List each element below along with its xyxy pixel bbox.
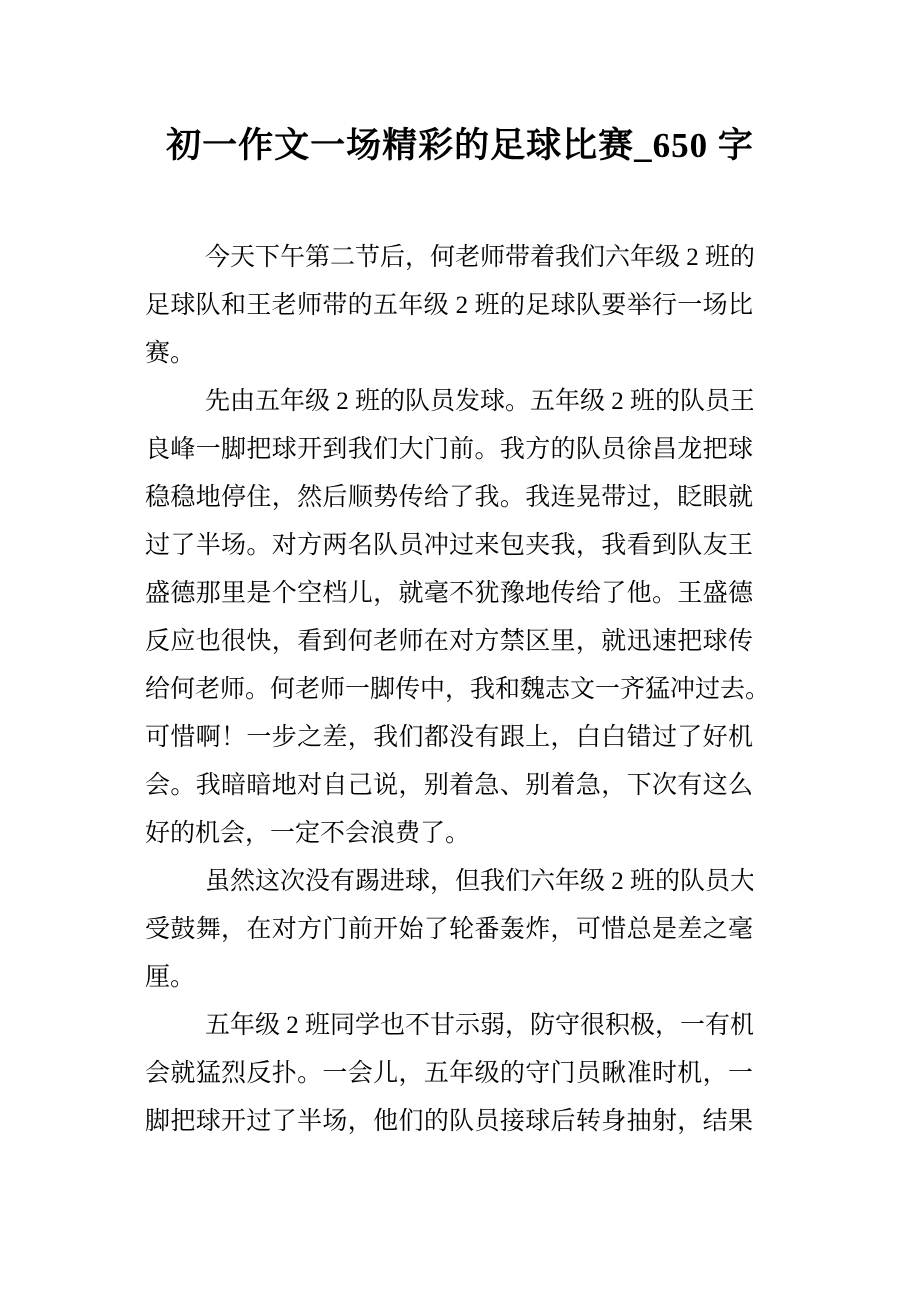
text-line: 受鼓舞，在对方门前开始了轮番轰炸，可惜总是差之毫: [145, 906, 753, 954]
text-line: 会。我暗暗地对自己说，别着急、别着急，下次有这么: [145, 762, 753, 810]
text-line: 厘。: [145, 954, 753, 1002]
text-line: 反应也很快，看到何老师在对方禁区里，就迅速把球传: [145, 618, 753, 666]
text-line: 稳稳地停住，然后顺势传给了我。我连晃带过，眨眼就: [145, 474, 753, 522]
text-line: 可惜啊！一步之差，我们都没有跟上，白白错过了好机: [145, 714, 753, 762]
text-line: 过了半场。对方两名队员冲过来包夹我，我看到队友王: [145, 522, 753, 570]
document-page: 初一作文一场精彩的足球比赛_650 字 今天下午第二节后，何老师带着我们六年级 …: [0, 0, 920, 1302]
text-line: 今天下午第二节后，何老师带着我们六年级 2 班的: [145, 234, 753, 282]
text-line: 会就猛烈反扑。一会儿，五年级的守门员瞅准时机，一: [145, 1050, 753, 1098]
text-line: 脚把球开过了半场，他们的队员接球后转身抽射，结果: [145, 1098, 753, 1146]
text-line: 好的机会，一定不会浪费了。: [145, 810, 753, 858]
text-line: 盛德那里是个空档儿，就毫不犹豫地传给了他。王盛德: [145, 570, 753, 618]
text-line: 赛。: [145, 330, 753, 378]
text-line: 良峰一脚把球开到我们大门前。我方的队员徐昌龙把球: [145, 426, 753, 474]
text-line: 足球队和王老师带的五年级 2 班的足球队要举行一场比: [145, 282, 753, 330]
text-line: 先由五年级 2 班的队员发球。五年级 2 班的队员王: [145, 378, 753, 426]
paragraph: 虽然这次没有踢进球，但我们六年级 2 班的队员大 受鼓舞，在对方门前开始了轮番轰…: [145, 858, 753, 1002]
paragraph: 五年级 2 班同学也不甘示弱，防守很积极，一有机 会就猛烈反扑。一会儿，五年级的…: [145, 1002, 753, 1146]
paragraph: 今天下午第二节后，何老师带着我们六年级 2 班的 足球队和王老师带的五年级 2 …: [145, 234, 753, 378]
document-body: 今天下午第二节后，何老师带着我们六年级 2 班的 足球队和王老师带的五年级 2 …: [145, 234, 753, 1146]
text-line: 虽然这次没有踢进球，但我们六年级 2 班的队员大: [145, 858, 753, 906]
text-line: 五年级 2 班同学也不甘示弱，防守很积极，一有机: [145, 1002, 753, 1050]
document-title: 初一作文一场精彩的足球比赛_650 字: [0, 120, 920, 172]
text-line: 给何老师。何老师一脚传中，我和魏志文一齐猛冲过去。: [145, 666, 753, 714]
paragraph: 先由五年级 2 班的队员发球。五年级 2 班的队员王 良峰一脚把球开到我们大门前…: [145, 378, 753, 858]
